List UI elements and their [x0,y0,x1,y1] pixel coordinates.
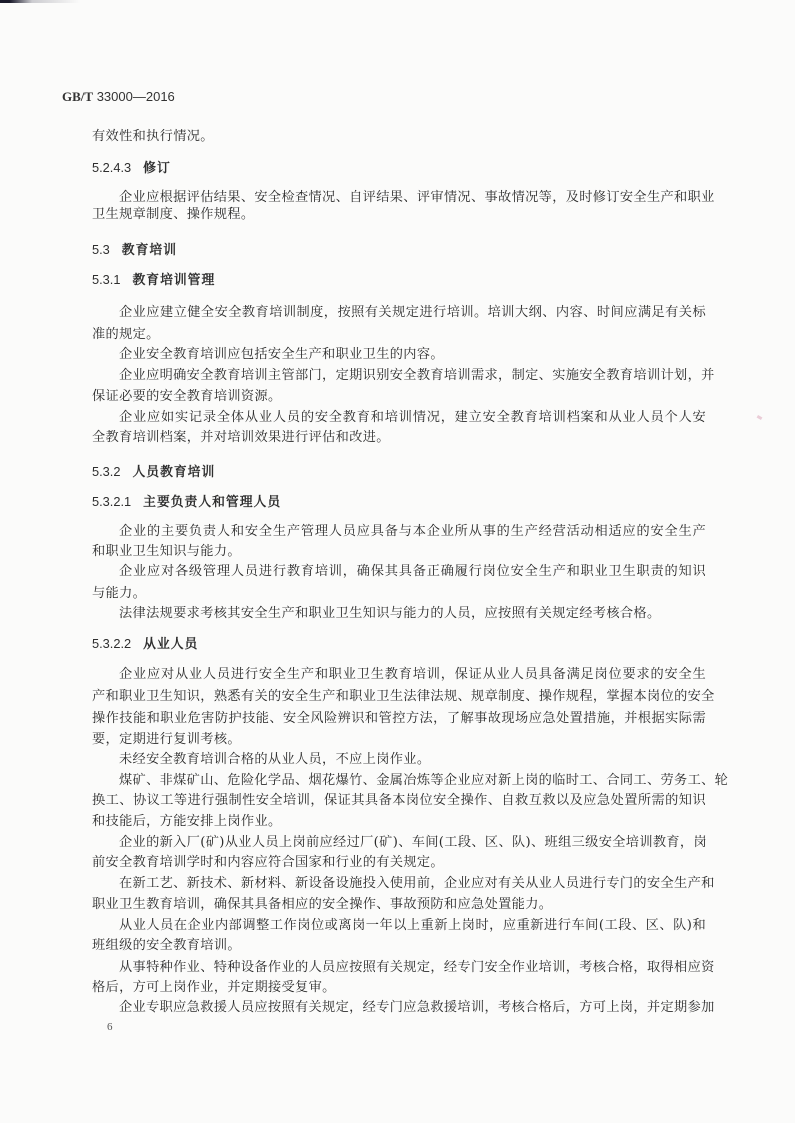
body-text-line: 和职业卫生知识与能力。 [92,544,706,560]
body-text-line: 操作技能和职业危害防护技能、安全风险辨识和管控方法，了解事故现场应急处置措施，并… [92,711,706,727]
body-text-line: 企业专职应急救援人员应按照有关规定，经专门应急救援培训，考核合格后，方可上岗，并… [119,1000,706,1016]
body-text-line: 企业的新入厂(矿)从业人员上岗前应经过厂(矿)、车间(工段、区、队)、班组三级安… [119,835,706,851]
section-heading: 5.3.2.2从业人员 [92,636,198,652]
body-text-line: 前安全教育培训学时和内容应符合国家和行业的有关规定。 [92,855,706,871]
body-text-line: 有效性和执行情况。 [92,129,706,145]
body-text-line: 从事特种作业、特种设备作业的人员应按照有关规定，经专门安全作业培训，考核合格，取… [119,960,706,976]
body-text-line: 企业应根据评估结果、安全检查情况、自评结果、评审情况、事故情况等，及时修订安全生… [119,190,706,206]
body-text-line: 格后，方可上岗作业，并定期接受复审。 [92,980,706,996]
body-text-line: 从业人员在企业内部调整工作岗位或离岗一年以上重新上岗时，应重新进行车间(工段、区… [119,918,706,934]
section-title: 教育培训 [122,242,177,257]
body-text-line: 法律法规要求考核其安全生产和职业卫生知识与能力的人员，应按照有关规定经考核合格。 [119,606,706,622]
body-text-line: 在新工艺、新技术、新材料、新设备设施投入使用前，企业应对有关从业人员进行专门的安… [119,876,706,892]
page-number: 6 [107,1021,113,1033]
body-text-line: 企业应对从业人员进行安全生产和职业卫生教育培训，保证从业人员具备满足岗位要求的安… [119,667,706,683]
body-text-line: 全教育培训档案，并对培训效果进行评估和改进。 [92,430,706,446]
standard-number: 33000—2016 [97,89,175,104]
section-number: 5.3.1 [92,272,120,288]
body-text-line: 煤矿、非煤矿山、危险化学品、烟花爆竹、金属冶炼等企业应对新上岗的临时工、合同工、… [119,773,706,789]
section-title: 从业人员 [143,636,198,651]
body-text-line: 职业卫生教育培训，确保其具备相应的安全操作、事故预防和应急处置能力。 [92,897,706,913]
body-text-line: 班组级的安全教育培训。 [92,938,706,954]
section-title: 主要负责人和管理人员 [143,494,281,509]
section-heading: 5.3.2.1主要负责人和管理人员 [92,494,281,510]
body-text-line: 保证必要的安全教育培训资源。 [92,389,706,405]
section-heading: 5.3.1教育培训管理 [92,272,215,288]
section-number: 5.3.2.1 [92,494,131,510]
section-number: 5.3.2.2 [92,636,131,652]
section-heading: 5.3.2人员教育培训 [92,464,215,480]
body-text-line: 与能力。 [92,586,706,602]
section-title: 教育培训管理 [132,272,215,287]
section-heading: 5.3教育培训 [92,242,177,258]
scan-corner-mark [0,0,80,3]
section-title: 修订 [143,160,171,175]
section-heading: 5.2.4.3修订 [92,160,171,176]
body-text-line: 换工、协议工等进行强制性安全培训，保证其具备本岗位安全操作、自救互救以及应急处置… [92,793,706,809]
body-text-line: 未经安全教育培训合格的从业人员，不应上岗作业。 [119,752,706,768]
section-title: 人员教育培训 [132,464,215,479]
section-number: 5.3.2 [92,464,120,480]
body-text-line: 卫生规章制度、操作规程。 [92,207,706,223]
body-text-line: 企业应建立健全安全教育培训制度，按照有关规定进行培训。培训大纲、内容、时间应满足… [119,305,706,321]
body-text-line: 企业安全教育培训应包括安全生产和职业卫生的内容。 [119,347,706,363]
body-text-line: 准的规定。 [92,327,706,343]
document-header: GB/T 33000—2016 [62,89,175,105]
section-number: 5.3 [92,242,110,258]
body-text-line: 企业应对各级管理人员进行教育培训，确保其具备正确履行岗位安全生产和职业卫生职责的… [119,564,706,580]
body-text-line: 企业应明确安全教育培训主管部门，定期识别安全教育培训需求，制定、实施安全教育培训… [119,368,706,384]
body-text-line: 要，定期进行复训考核。 [92,732,706,748]
section-number: 5.2.4.3 [92,160,131,176]
body-text-line: 和技能后，方能安排上岗作业。 [92,814,706,830]
body-text-line: 企业的主要负责人和安全生产管理人员应具备与本企业所从事的生产经营活动相适应的安全… [119,524,706,540]
body-text-line: 企业应如实记录全体从业人员的安全教育和培训情况，建立安全教育培训档案和从业人员个… [119,410,706,426]
standard-prefix: GB/T [62,89,93,104]
body-text-line: 产和职业卫生知识，熟悉有关的安全生产和职业卫生法律法规、规章制度、操作规程，掌握… [92,689,706,705]
scan-stray-mark [757,415,763,420]
